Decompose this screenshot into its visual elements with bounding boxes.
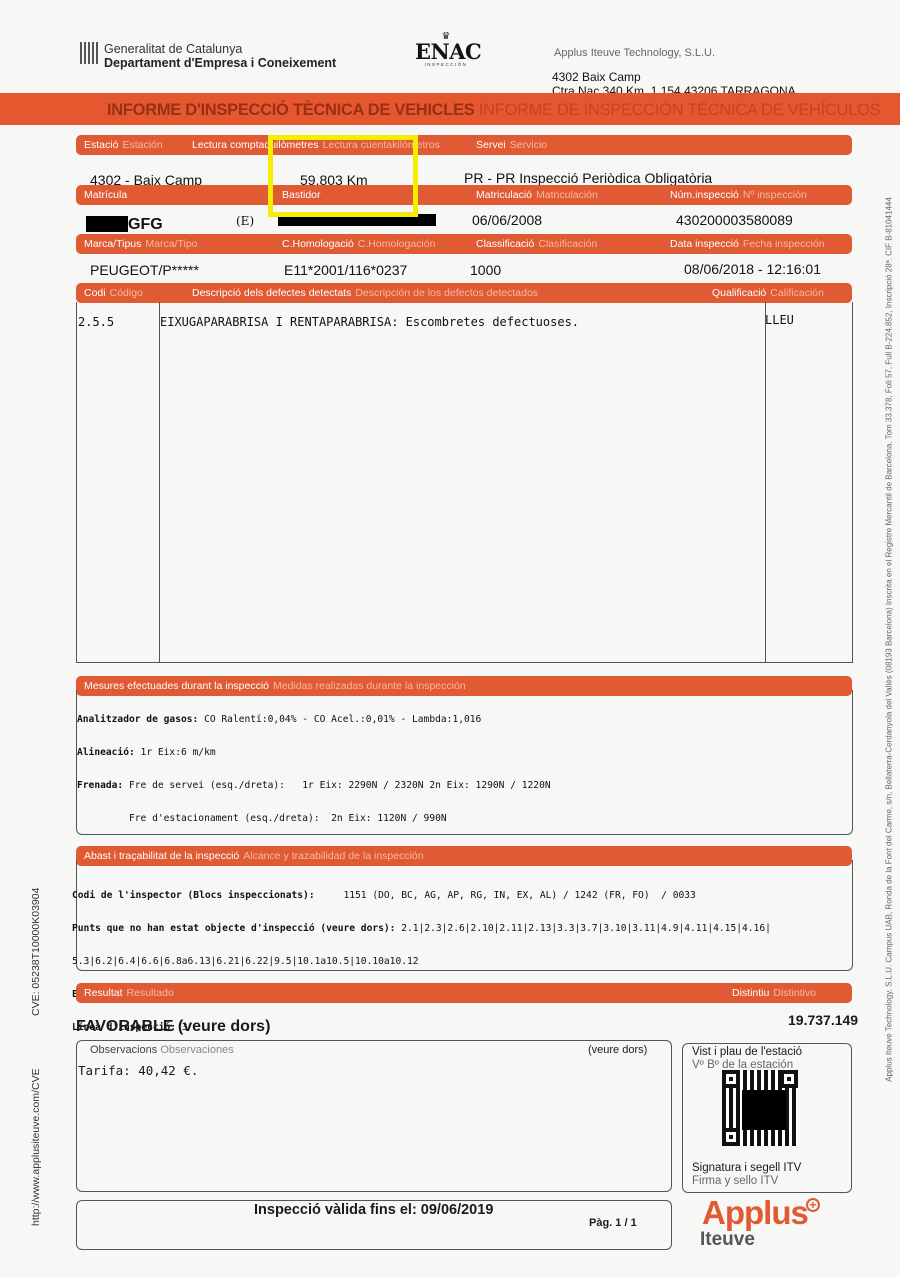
- scope-line: Codi de l'inspector (Blocs inspeccionats…: [72, 890, 771, 901]
- stamp-heading: Vist i plau de l'estació Vº Bº de la est…: [692, 1046, 802, 1072]
- enac-logo: ♛ ENAC INSPECCIÓN: [415, 32, 477, 68]
- title-spanish: INFORME DE INSPECCIÓN TÉCNICA DE VEHÍCUL…: [479, 101, 881, 119]
- badge-number: 19.737.149: [788, 1012, 858, 1028]
- enac-sub: INSPECCIÓN: [415, 62, 477, 68]
- cve-code: CVE: 05238T10000K03904: [30, 888, 42, 1016]
- result-label-bar: ResultatResultado DistintiuDistintivo: [76, 983, 852, 1003]
- applus-logo: Applus + Iteuve: [702, 1196, 808, 1250]
- legal-side-text: Applus Iteuve Technology, S.L.U. Campus …: [884, 140, 894, 1140]
- result-value: FAVORABLE (veure dors): [76, 1018, 270, 1036]
- gov-line1: Generalitat de Catalunya: [104, 42, 336, 56]
- defect-code: 2.5.5: [78, 315, 114, 329]
- enac-word: ENAC: [415, 42, 477, 62]
- registration-date: 06/06/2008: [472, 212, 542, 228]
- row3-label-bar: Marca/TipusMarca/Tipo C.HomologacióC.Hom…: [76, 234, 852, 254]
- observations-label: Observacions Observaciones: [90, 1044, 234, 1056]
- measure-line: Analitzador de gasos: CO Ralentí:0,04% -…: [77, 714, 551, 725]
- plate-redaction: [86, 216, 128, 232]
- plate-value: GFG: [128, 216, 163, 234]
- plus-icon: +: [806, 1198, 820, 1212]
- service-value: PR - PR Inspecció Periòdica Obligatòria: [464, 170, 712, 186]
- row1-label-bar: EstacióEstación Lectura comptaquilòmetre…: [76, 135, 852, 155]
- make-value: PEUGEOT/P*****: [90, 262, 199, 278]
- scope-line: Punts que no han estat objecte d'inspecc…: [72, 923, 771, 934]
- odometer-highlight: [268, 135, 418, 217]
- report-title: INFORME D'INSPECCIÓ TÈCNICA DE VEHICLES …: [107, 101, 880, 120]
- scope-line: 5.3|6.2|6.4|6.6|6.8a6.13|6.21|6.22|9.5|1…: [72, 956, 771, 967]
- signature-label: Signatura i segell ITV Firma y sello ITV: [692, 1162, 801, 1188]
- title-catalan: INFORME D'INSPECCIÓ TÈCNICA DE VEHICLES: [107, 101, 474, 119]
- observations-text: Tarifa: 40,42 €.: [78, 1063, 198, 1078]
- company-name: Applus Iteuve Technology, S.L.U.: [554, 47, 715, 59]
- measure-line: Fre d'estacionament (esq./dreta): 2n Eix…: [77, 813, 551, 824]
- report-title-band: INFORME D'INSPECCIÓ TÈCNICA DE VEHICLES …: [0, 93, 900, 125]
- defects-label-bar: CodiCódigo Descripció dels defectes dete…: [76, 283, 852, 303]
- inspection-number: 430200003580089: [676, 212, 793, 228]
- measures-text: Analitzador de gasos: CO Ralentí:0,04% -…: [77, 692, 551, 835]
- validity-text: Inspecció vàlida fins el: 09/06/2019: [254, 1202, 493, 1218]
- defects-table: [76, 302, 853, 663]
- homologation-value: E11*2001/116*0237: [284, 262, 407, 278]
- row2-label-bar: Matrícula Bastidor MatriculacióMatricula…: [76, 185, 852, 205]
- iteuve-text: Iteuve: [700, 1230, 808, 1250]
- classification-value: 1000: [470, 262, 501, 278]
- defect-rating: LLEU: [765, 313, 794, 327]
- inspection-date: 08/06/2018 - 12:16:01: [684, 261, 821, 277]
- cve-url[interactable]: http://www.applusiteuve.com/CVE: [30, 1068, 42, 1226]
- generalitat-logo-icon: [80, 42, 98, 64]
- station-line: 4302 Baix Camp: [552, 70, 796, 84]
- page-number: Pàg. 1 / 1: [589, 1217, 637, 1229]
- defect-description: EIXUGAPARABRISA I RENTAPARABRISA: Escomb…: [160, 315, 579, 329]
- country-code: (E): [236, 214, 254, 228]
- gov-line2: Departament d'Empresa i Coneixement: [104, 56, 336, 70]
- department-heading: Generalitat de Catalunya Departament d'E…: [104, 42, 336, 70]
- observations-see-back: (veure dors): [588, 1044, 647, 1056]
- measure-line: Alineació: 1r Eix:6 m/km: [77, 747, 551, 758]
- qr-redaction: [742, 1090, 786, 1130]
- measure-line: Frenada: Fre de servei (esq./dreta): 1r …: [77, 780, 551, 791]
